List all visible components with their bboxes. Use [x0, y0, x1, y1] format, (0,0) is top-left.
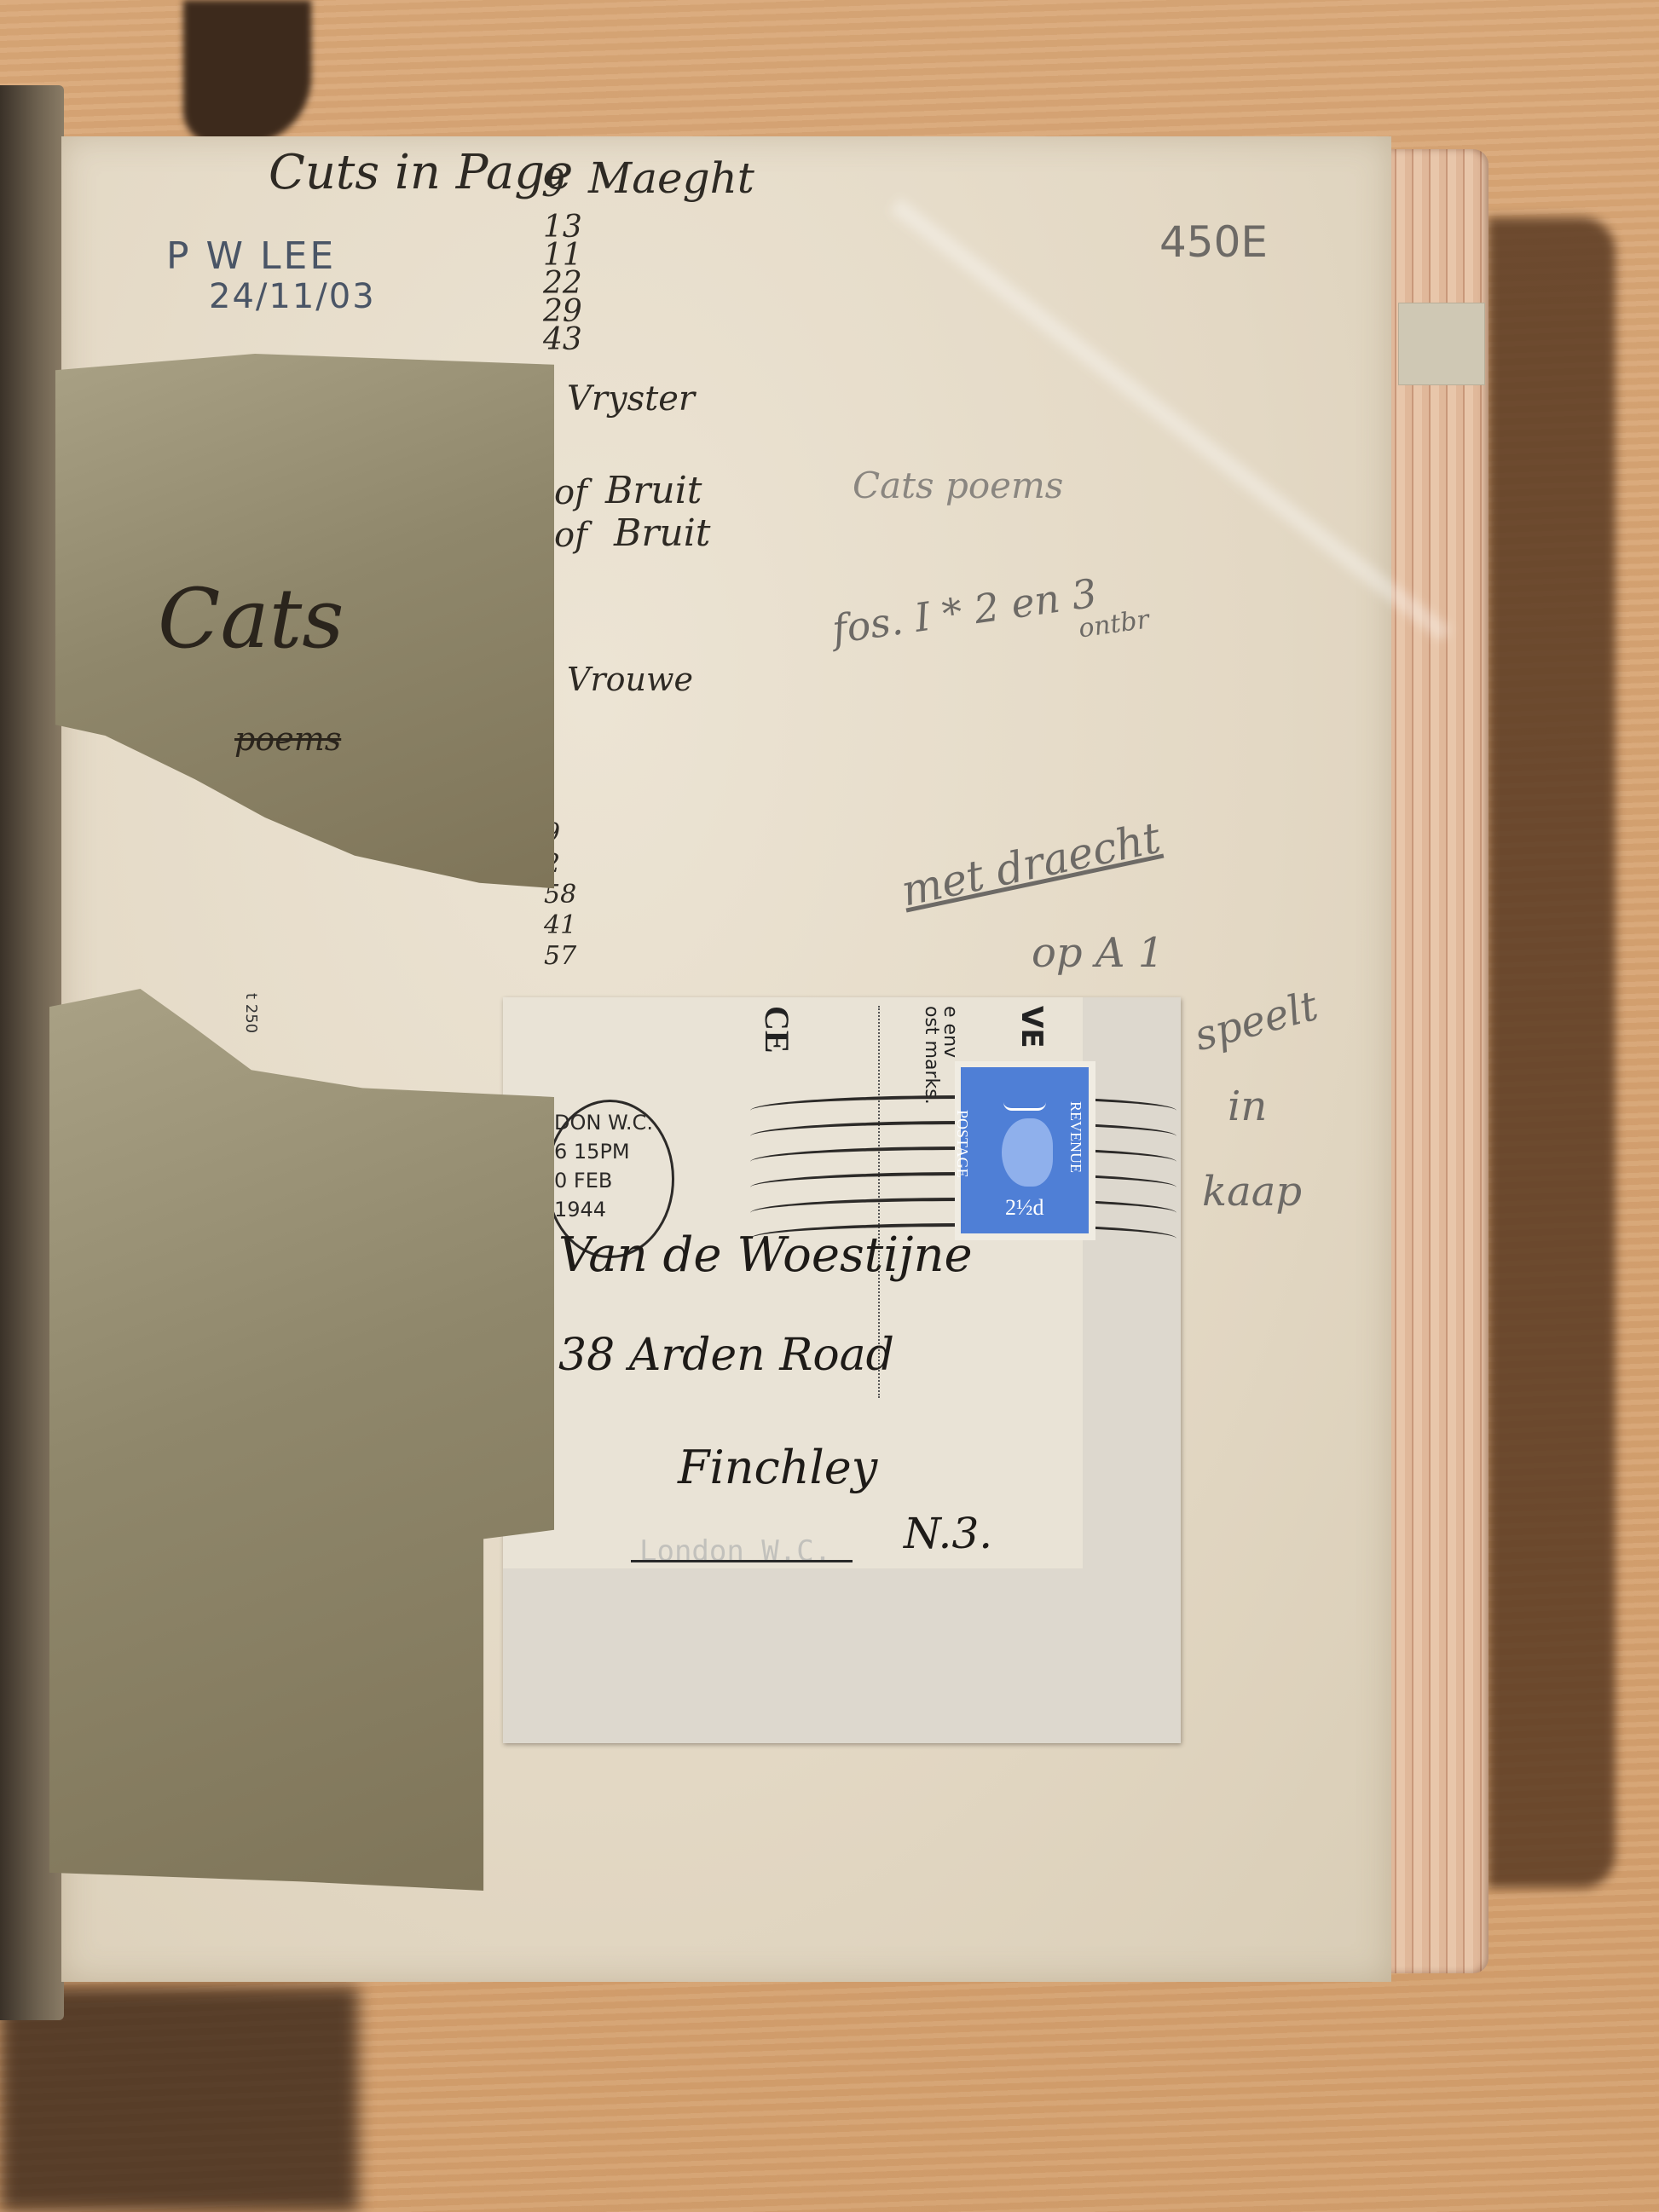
vellum-fragment-lower — [49, 989, 554, 1891]
heading-cuts-in-page: Cuts in Page — [269, 145, 573, 200]
page-edges — [1388, 149, 1488, 1973]
postmark-city: DON W.C. — [554, 1108, 653, 1137]
address-line1: 38 Arden Road — [558, 1330, 894, 1381]
entry-bruit: Bruit — [614, 511, 710, 555]
printed-bold: VE — [1014, 1006, 1049, 1048]
postmark-date: 0 FEB — [554, 1166, 653, 1195]
pencil-op-a1: op A 1 — [1032, 929, 1164, 977]
label-maeght: Maeght — [588, 153, 754, 203]
entry-prefix: of — [554, 516, 587, 555]
postmark-year: 1944 — [554, 1195, 653, 1224]
underline-rule — [631, 1560, 853, 1562]
page-number: 57 — [544, 941, 576, 972]
printed-line: ost marks. — [922, 1006, 940, 1105]
show-through-text: London W.C. — [639, 1534, 831, 1568]
page-number: 9 — [541, 162, 565, 205]
page-number: 43 — [543, 326, 582, 354]
edge-print: t 250 — [242, 993, 260, 1033]
page-number: 41 — [544, 910, 576, 941]
addressee: Van de Woestijne — [558, 1227, 973, 1283]
printed-ce: CE — [757, 1006, 797, 1054]
address-line3: N.3. — [904, 1509, 992, 1558]
printed-side-text: e env ost marks. — [922, 1006, 959, 1105]
address-line2: Finchley — [678, 1441, 877, 1494]
stamp-design: POSTAGE REVENUE 2½d — [961, 1067, 1089, 1233]
entry-vryster: Vryster — [567, 379, 695, 419]
owner-name: P W LEE — [166, 234, 336, 278]
entry-prefix: of — [554, 473, 587, 512]
stamp-right-text: REVENUE — [1066, 1101, 1084, 1173]
postmark: DON W.C. 6 15PM 0 FEB 1944 — [554, 1108, 653, 1224]
vellum-title-cats: Cats — [158, 571, 344, 667]
pencil-side-note: kaap — [1202, 1168, 1302, 1216]
entry-vrouwe: Vrouwe — [567, 661, 693, 698]
pencil-side-note: in — [1228, 1083, 1267, 1130]
king-portrait-icon — [1002, 1118, 1053, 1187]
page-number-list: 13 11 22 29 43 — [543, 213, 582, 354]
owner-date: 24/11/03 — [209, 277, 376, 316]
catalog-code: 450E — [1159, 217, 1268, 267]
pencil-cats-poems: Cats poems — [853, 465, 1063, 506]
book-shadow — [1488, 217, 1616, 1888]
entry-bruit: Bruit — [605, 469, 702, 512]
shadow-top — [183, 0, 311, 145]
repair-tape — [1398, 303, 1485, 385]
vellum-subtitle-poems: poems — [234, 720, 341, 758]
stamp-left-text: POSTAGE — [953, 1110, 971, 1178]
postmark-time: 6 15PM — [554, 1137, 653, 1166]
stamp-value: 2½d — [1005, 1195, 1044, 1221]
crown-icon — [1003, 1084, 1046, 1111]
